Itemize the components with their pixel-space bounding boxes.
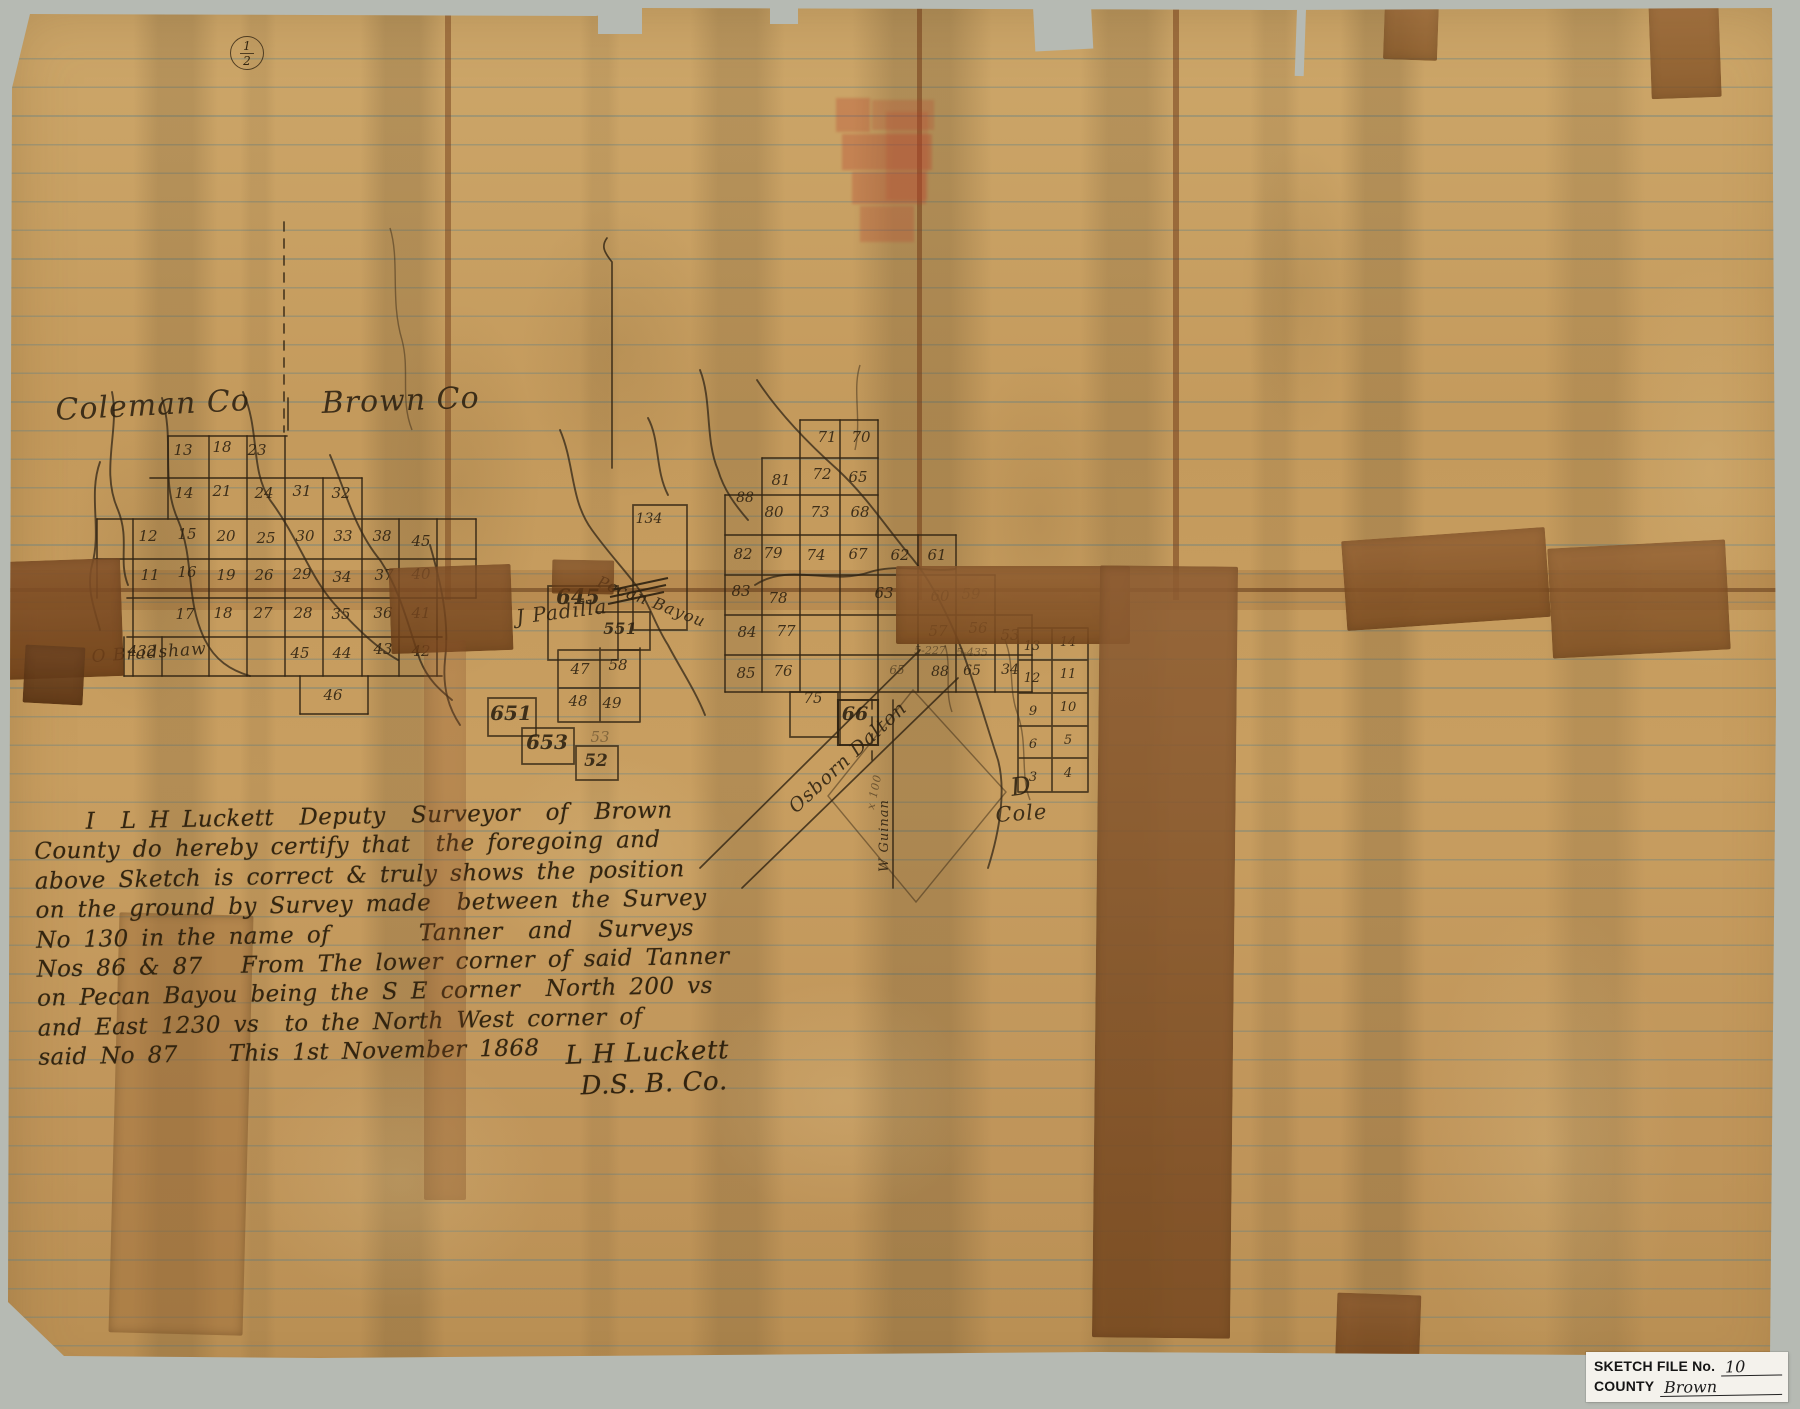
scan-background: 1 2 [0,0,1800,1409]
edge-tear [598,0,642,34]
county-field-label: COUNTY [1594,1376,1654,1396]
sketch-file-number: 10 [1721,1357,1782,1376]
sketch-file-label: SKETCH FILE No. [1594,1356,1715,1376]
edge-tear [770,0,798,24]
paper-tears [0,0,1800,1409]
file-label: SKETCH FILE No. 10 COUNTY Brown [1586,1352,1788,1402]
edge-tear [1033,0,1094,51]
county-field-value: Brown [1660,1377,1782,1397]
edge-tear [1295,0,1307,76]
